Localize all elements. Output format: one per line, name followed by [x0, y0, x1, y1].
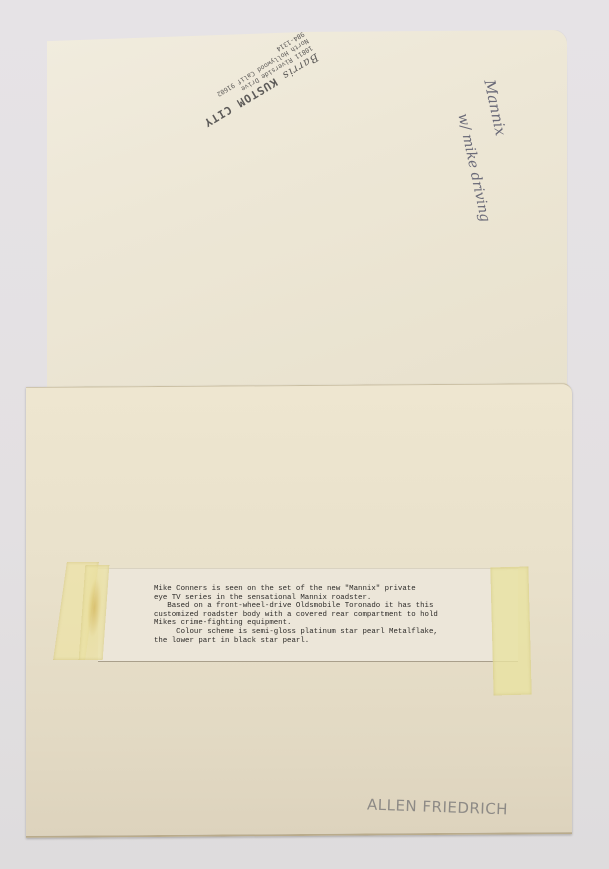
typed-caption-slip: Mike Conners is seen on the set of the n…	[98, 568, 518, 662]
caption-line: Colour scheme is semi-gloss platinum sta…	[154, 628, 514, 637]
caption-line: the lower part in black star pearl.	[154, 637, 514, 646]
caption-line: Based on a front-wheel-drive Oldsmobile …	[154, 602, 514, 611]
caption-text: Mike Conners is seen on the set of the n…	[154, 585, 514, 645]
caption-line: customized roadster body with a covered …	[154, 611, 514, 620]
tape-strip-right	[490, 567, 531, 696]
caption-line: Mikes crime-fighting equipment.	[154, 619, 514, 628]
caption-line: Mike Conners is seen on the set of the n…	[154, 585, 514, 594]
caption-line: eye TV series in the sensational Mannix …	[154, 594, 514, 603]
